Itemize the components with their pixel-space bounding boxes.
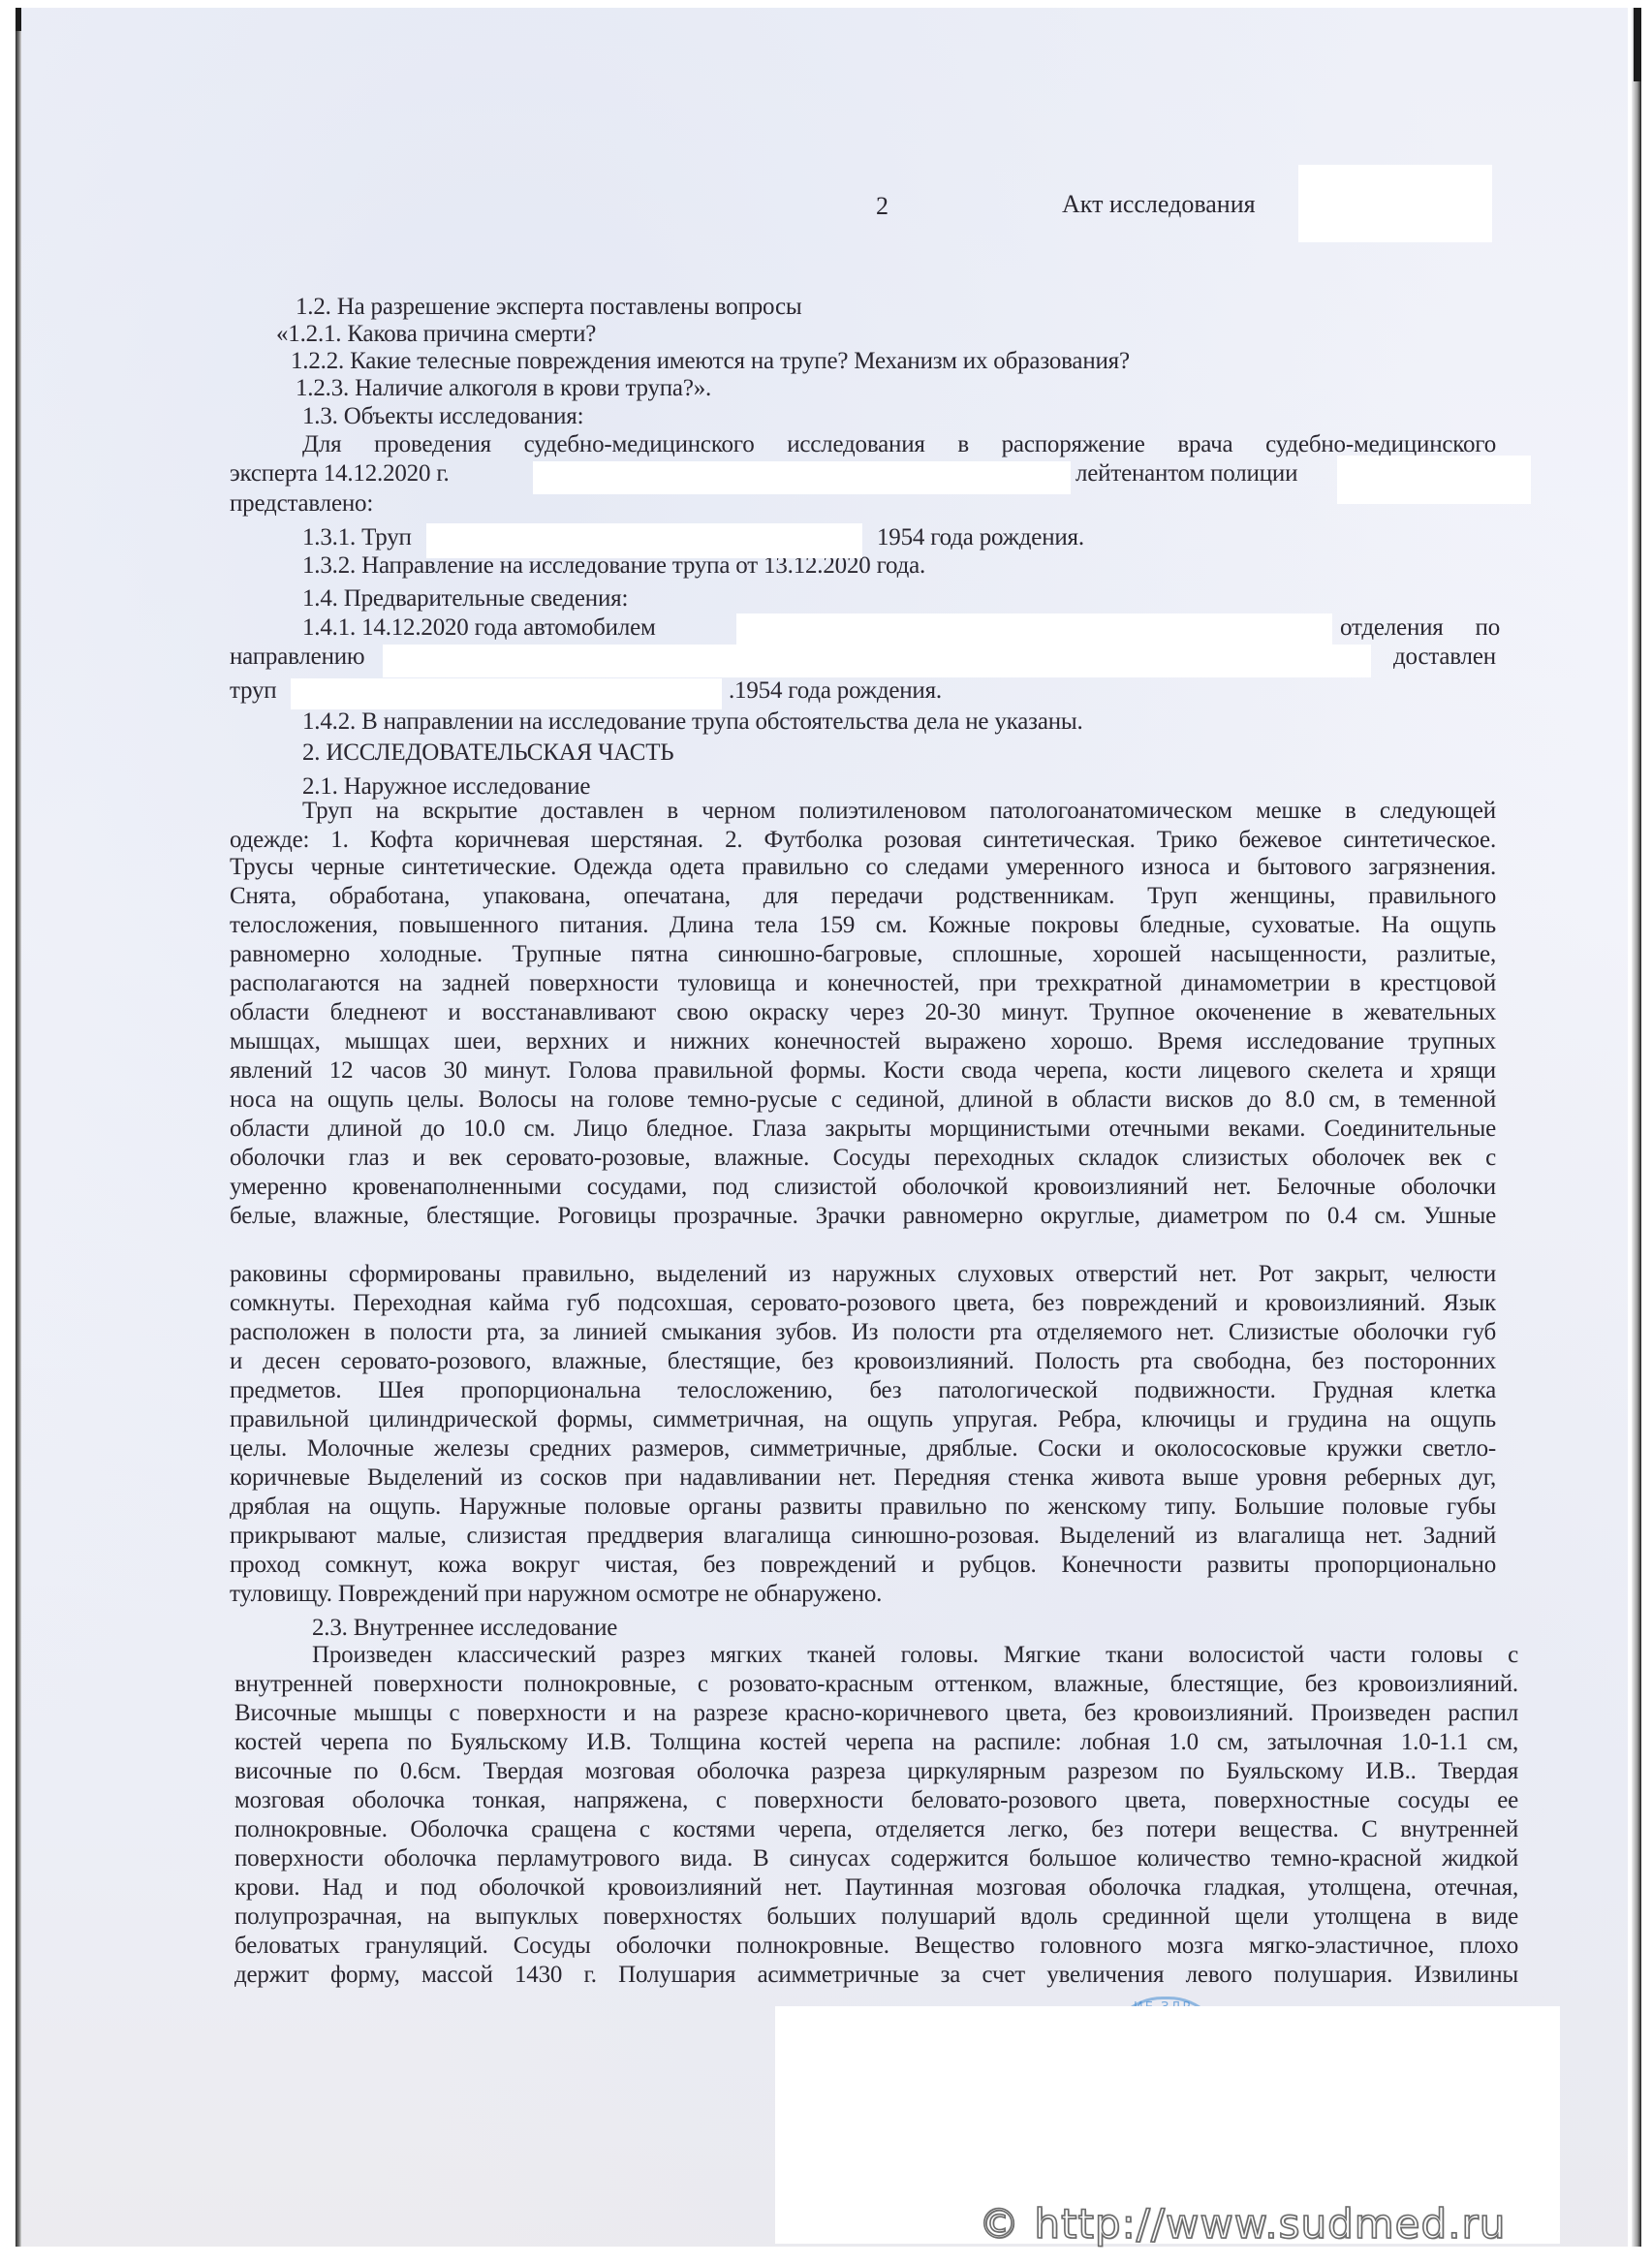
redaction-block: [533, 461, 1071, 494]
redaction-block: [1337, 456, 1531, 504]
text-line: Для проведения судебно-медицинского иссл…: [302, 430, 1496, 459]
text-line: явлений 12 часов 30 минут. Голова правил…: [230, 1056, 1496, 1085]
text-line: сомкнуты. Переходная кайма губ подсохшая…: [230, 1289, 1496, 1318]
text-line: равномерно холодные. Трупные пятна синюш…: [230, 940, 1496, 969]
text-line: 1.4.2. В направлении на исследование тру…: [302, 708, 1083, 737]
text-line: Снята, обработана, упакована, опечатана,…: [230, 882, 1496, 911]
text-line: 2. ИССЛЕДОВАТЕЛЬСКАЯ ЧАСТЬ: [302, 739, 673, 768]
text-line: располагаются на задней поверхности туло…: [230, 969, 1496, 998]
text-line: внутренней поверхности полнокровные, с р…: [234, 1670, 1518, 1699]
text-line: .1954 года рождения.: [729, 676, 942, 706]
text-line: коричневые Выделений из сосков при надав…: [230, 1463, 1496, 1493]
text-line: правильной цилиндрической формы, симметр…: [230, 1405, 1496, 1434]
text-line: височные по 0.6см. Твердая мозговая обол…: [234, 1757, 1518, 1786]
text-line: представлено:: [230, 489, 373, 519]
text-line: 1.2.2. Какие телесные повреждения имеютс…: [291, 347, 1130, 376]
text-line: одежде: 1. Кофта коричневая шерстяная. 2…: [230, 826, 1496, 855]
scan-edge-right-dark: [1634, 8, 1641, 81]
text-line: направлению: [230, 643, 364, 672]
text-line: прикрывают малые, слизистая преддверия в…: [230, 1522, 1496, 1551]
text-line: мозговая оболочка тонкая, напряжена, с п…: [234, 1786, 1518, 1815]
scan-edge-right: [1632, 8, 1641, 2256]
text-line: труп: [230, 676, 276, 706]
text-line: оболочки глаз и век серовато-розовые, вл…: [230, 1144, 1496, 1173]
text-line: держит форму, массой 1430 г. Полушария а…: [234, 1961, 1518, 1990]
redaction-block: [291, 678, 722, 709]
text-line: проход сомкнут, кожа вокруг чистая, без …: [230, 1551, 1496, 1580]
text-line: лейтенантом полиции: [1075, 459, 1297, 488]
text-line: поверхности оболочка перламутрового вида…: [234, 1844, 1518, 1873]
text-line: раковины сформированы правильно, выделен…: [230, 1260, 1496, 1289]
text-line: целы. Молочные железы средних размеров, …: [230, 1434, 1496, 1463]
page-number: 2: [876, 192, 888, 221]
text-line: 1.4. Предварительные сведения:: [302, 584, 628, 613]
text-line: Височные мышцы с поверхности и на разрез…: [234, 1699, 1518, 1728]
text-line: мышцах, мышцах шеи, верхних и нижних кон…: [230, 1027, 1496, 1056]
text-line: Труп на вскрытие доставлен в черном поли…: [302, 797, 1496, 826]
text-line: расположен в полости рта, за линией смык…: [230, 1318, 1496, 1347]
text-line: Трусы черные синтетические. Одежда одета…: [230, 853, 1496, 882]
text-line: 1.3.1. Труп: [302, 523, 412, 552]
text-line: области бледнеют и восстанавливают свою …: [230, 998, 1496, 1027]
text-line: 1.2.3. Наличие алкоголя в крови трупа?».: [296, 374, 711, 403]
redaction-title: [1298, 165, 1492, 242]
redaction-block: [426, 523, 862, 558]
text-line: туловищу. Повреждений при наружном осмот…: [230, 1580, 882, 1609]
text-line: предметов. Шея пропорциональна телосложе…: [230, 1376, 1496, 1405]
text-line: доставлен: [1393, 643, 1496, 672]
text-line: «1.2.1. Какова причина смерти?: [276, 320, 596, 349]
text-line: Произведен классический разрез мягких тк…: [312, 1641, 1518, 1670]
text-line: эксперта 14.12.2020 г.: [230, 459, 450, 488]
text-line: полупрозрачная, на выпуклых поверхностях…: [234, 1903, 1518, 1932]
text-line: телосложения, повышенного питания. Длина…: [230, 911, 1496, 940]
text-line: области длиной до 10.0 см. Лицо бледное.…: [230, 1115, 1496, 1144]
text-line: полнокровные. Оболочка сращена с костями…: [234, 1815, 1518, 1844]
text-line: 2.3. Внутреннее исследование: [312, 1614, 617, 1643]
text-line: 1954 года рождения.: [877, 523, 1084, 552]
text-line: носа на ощупь целы. Волосы на голове тем…: [230, 1085, 1496, 1115]
text-line: умеренно кровенаполненными сосудами, под…: [230, 1173, 1496, 1202]
text-line: отделения по: [1340, 613, 1500, 643]
scan-bottom-margin: [0, 2247, 1652, 2265]
text-line: крови. Над и под оболочкой кровоизлияний…: [234, 1873, 1518, 1903]
text-line: 1.2. На разрешение эксперта поставлены в…: [296, 293, 801, 322]
document-title: Акт исследования: [1062, 190, 1256, 219]
text-line: костей черепа по Буяльскому И.В. Толщина…: [234, 1728, 1518, 1757]
redaction-block: [383, 645, 1371, 677]
text-line: 1.4.1. 14.12.2020 года автомобилем: [302, 613, 656, 643]
text-line: беловатых грануляций. Сосуды оболочки по…: [234, 1932, 1518, 1961]
text-line: белые, влажные, блестящие. Роговицы проз…: [230, 1202, 1496, 1231]
copyright-watermark: © http://www.sudmed.ru: [979, 2200, 1506, 2248]
text-line: дряблая на ощупь. Наружные половые орган…: [230, 1493, 1496, 1522]
text-line: и десен серовато-розового, влажные, блес…: [230, 1347, 1496, 1376]
text-line: 1.3. Объекты исследования:: [302, 402, 583, 431]
